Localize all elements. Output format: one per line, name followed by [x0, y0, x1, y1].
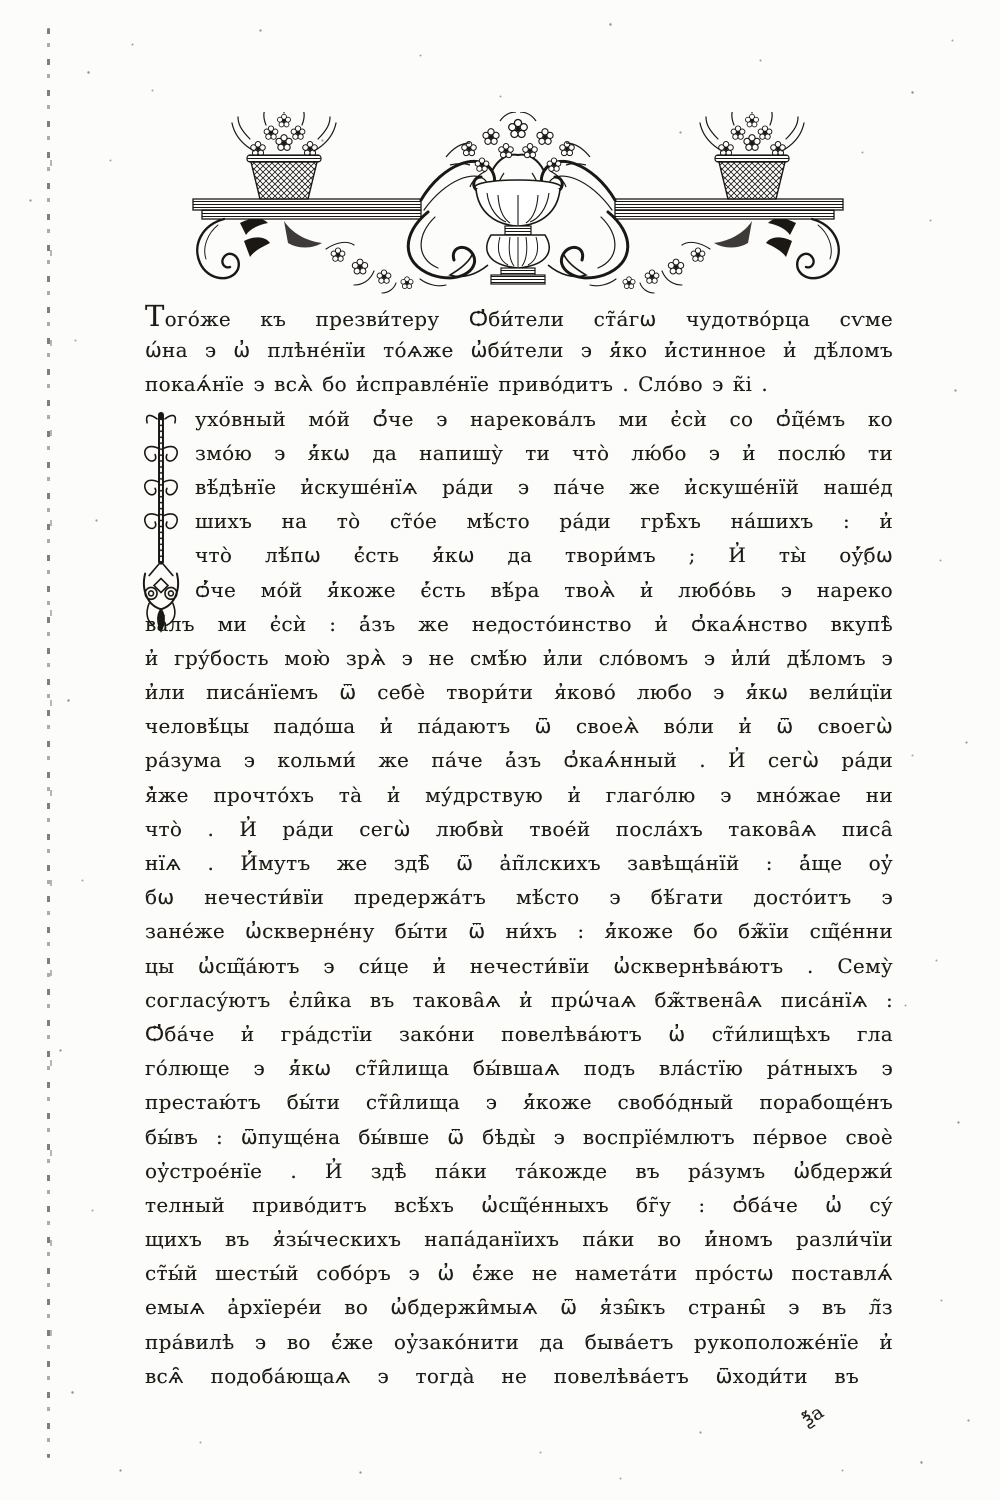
text-line: ухо́вный мо́й ѻ̓́че э нарекова́лъ ми є̓с…: [145, 402, 893, 436]
book-page: Того́же къ презви́теру Ѻ̓би́тели ст̃а́гѡ…: [0, 0, 1000, 1500]
text-line: пра́вилѣ э во є̓́же оу̓зако́нити да быва…: [145, 1325, 893, 1359]
text-line: оу̓строе́нїе . И̓ здѣ̀ па́ки та́кожде въ…: [145, 1154, 893, 1188]
text-line: емыѧ а̓рхїере́и во ѡ̓бдержи̑мыѧ ѿ я̓зы̑к…: [145, 1290, 893, 1324]
text-line: го́люще э я̓́кѡ ст̃и̑лища бы́вшаѧ подъ в…: [145, 1051, 893, 1085]
text-line: нїѧ . И̓́мутъ же здѣ̑ ѿ а̓п̃лскихъ завѣщ…: [145, 846, 893, 880]
text-line: бы́въ : ѿпуще́на бы́вше ѿ бѣды̀ э воспрї…: [145, 1120, 893, 1154]
text-line: Ѻ̓ба́че и̓ гра́дстїи зако́ни повелѣва́ют…: [145, 1017, 893, 1051]
paper-speckles: [0, 0, 1, 1]
floriated-initial-icon: [139, 405, 183, 640]
text-line: всѧ̑ подоба́ющаѧ э тогда̀ не повелѣва́ет…: [145, 1359, 893, 1393]
text-line: и̓ли писа́нїемъ ѿ себѐ твори́ти я̓ково́ …: [145, 675, 893, 709]
text-line: ра́зума э кольми́ же па́че а̓́зъ ѻ̓каѧ́н…: [145, 743, 893, 777]
text-line: змо́ю э я̓́кѡ да напишу̀ ти что̀ лю́бо э…: [145, 436, 893, 470]
text-line: что̀ лѣ́пѡ є̓́сть я̓́кѡ да твори́мъ ; И̓…: [145, 538, 893, 572]
heading-line: покаѧ́нїе э всѧ̀ бо и̓справле́нїе приво́…: [145, 367, 893, 401]
text-line: ѻ̓́че мо́й я̓́коже є̓́сть вѣ́ра твоѧ̀ и̓…: [145, 573, 893, 607]
heading-line: Того́же къ презви́теру Ѻ̓би́тели ст̃а́гѡ…: [145, 299, 893, 333]
text-line: шихъ на то̀ ст̃о́е мѣ́сто ра́ди грѣ̑хъ н…: [145, 504, 893, 538]
text-line: я̓̀же прочто́хъ та̀ и̓ му́дрствую и̓ гла…: [145, 778, 893, 812]
text-line: зане́же ѡ̓скверне́ну бы́ти ѿ ни́хъ : я̓́…: [145, 914, 893, 948]
text-line: щихъ въ я̓зы́ческихъ напа́данїихъ па́ки …: [145, 1222, 893, 1256]
text-line: согласу́ютъ є̓ли̑ка въ такова̑ѧ и̓ прѡ́ч…: [145, 983, 893, 1017]
drop-cap-initial: [139, 405, 183, 640]
text-line: вѣ́дѣнїе и̓скуше́нїѧ ра́ди э па́че же и̓…: [145, 470, 893, 504]
text-line: и̓ гру́бость мою̀ зрѧ̀ э не смѣ́ю и̓ли с…: [145, 641, 893, 675]
headpiece-engraving-icon: [188, 112, 848, 294]
text-line: престаю́тъ бы́ти ст̃и̑лища э я̓́коже сво…: [145, 1085, 893, 1119]
text-line: цы ѡ̓сщ̃а́ютъ э си́це и̓ нечести́вїи ѡ̓с…: [145, 949, 893, 983]
page-gutter-shadow-2: [50, 120, 52, 1360]
text-line: бѡ нечести́вїи предержа́тъ мѣ́сто э бѣ́г…: [145, 880, 893, 914]
text-line: телный приво́дитъ всѣ́хъ ѡ̓сщ̃е́нныхъ бг…: [145, 1188, 893, 1222]
text-line: ст̃ы́й шесты́й собо́ръ э ѡ̓ є̓́же не нам…: [145, 1256, 893, 1290]
heading-line: ѡ́на э ѡ̓ плѣне́нїи то́ѧже ѡ̓би́тели э я…: [145, 333, 893, 367]
text-block: Того́же къ презви́теру Ѻ̓би́тели ст̃а́гѡ…: [145, 299, 893, 1393]
headpiece-ornament: [188, 112, 848, 294]
text-line: человѣ́цы падо́ша и̓ па́даютъ ѿ своеѧ̀ в…: [145, 709, 893, 743]
text-line: ва́лъ ми є̓сѝ : а̓́зъ же недосто́инство …: [145, 607, 893, 641]
text-line: что̀ . И̓ ра́ди сегѡ̀ любвѝ твое́й посла…: [145, 812, 893, 846]
